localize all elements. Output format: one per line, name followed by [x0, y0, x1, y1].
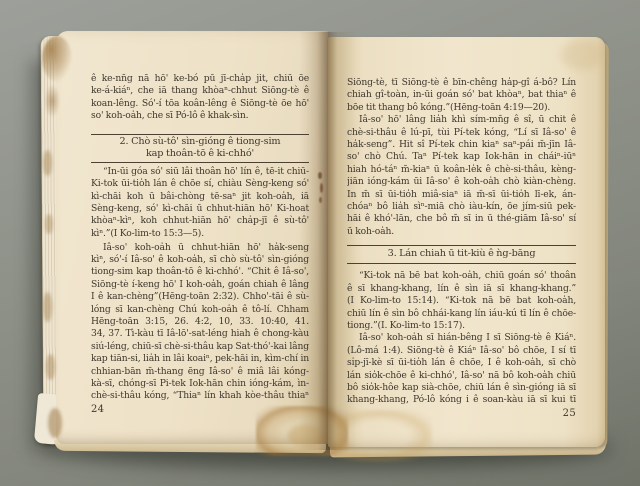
text-line: khang-khang, Pó-lô kóng i ê soan-kàu iā … [347, 394, 576, 406]
page-number-left: 24 [91, 404, 309, 416]
text-line: 2. Chò sù-tô' sìn-gióng ê tiong-sim [91, 136, 309, 148]
text-line: koan-lêng. Só'-í tōa koân-lêng ê Siōng-t… [91, 98, 309, 110]
text-line: lóng sī kan-chèng Chú koh-oa̍h ê tô-lí. … [91, 304, 309, 316]
text-line: chhian-bān m̄-thang ēng Iâ-so' ê miâ lâi… [91, 366, 309, 378]
text-line: (I Ko-lim-to 15:14). “Ki-tok nā bē bat k… [347, 295, 576, 307]
text-line: Sèng-keng, só' kì-chāi ū chhut-hiān hō' … [91, 203, 309, 215]
text-line: kap thoân-tō ê ki-chhó' [91, 148, 309, 160]
paragraph-continuation: ê ke-nn̄g nā hō' ke-bó pū jī-cha̍p jit, … [91, 73, 309, 123]
text-line: I ê kan-chèng”(Hēng-toān 2:32). Chho'-tā… [91, 291, 309, 303]
text-line: bōe tit thang bô kóng.”(Hēng-toān 4:19—2… [347, 102, 576, 114]
text-line: chè-si-thâu ê lú-pī, tùi Pí-tek kóng, “L… [347, 127, 576, 139]
text-line: In m̄ sī ūi-tio̍h miâ-siaⁿ iā m̄-sī ūi-t… [347, 189, 576, 201]
section-heading-2: 2. Chò sù-tô' sìn-gióng ê tiong-simkap t… [91, 134, 309, 164]
text-line: “In-ūi góa só' siū lâi thoân hō' lín ê, … [91, 166, 309, 178]
paragraph-continuation: Siōng-tè, tī Siōng-tè ê bīn-chêng ha̍p-g… [347, 77, 576, 114]
text-line: so' chò Chú. Taⁿ Pí-tek kap Iok-hān in c… [347, 151, 576, 163]
paragraph-body: Iâ-so' hō' lâng lia̍h khì sím-mn̄g ê sî,… [347, 114, 576, 238]
text-line: bô sio̍k-hôe kap sià-chōe, chiū lán ê sì… [347, 382, 576, 394]
left-page-text: ê ke-nn̄g nā hō' ke-bó pū jī-cha̍p jit, … [91, 73, 309, 416]
paragraph-quote: “In-ūi góa só' siū lâi thoân hō' lín ê, … [91, 166, 309, 240]
text-line: Iâ-so' koh-oa̍h ū chhut-hiān hō' ha̍k-se… [91, 242, 309, 254]
section-heading-3: 3. Lán chiah ū tit-kiù ê ǹg-bāng [347, 245, 576, 264]
text-line: chiah gî-toàn, in-ūi goán só' bat khòaⁿ,… [347, 89, 576, 101]
paragraph-quote: “Ki-tok nā bē bat koh-oa̍h, chiū goán só… [347, 270, 576, 332]
text-line: siú-léng, chiū-sī chè-si-thâu kap Sat-th… [91, 341, 309, 353]
book-photo: ê ke-nn̄g nā hō' ke-bó pū jī-cha̍p jit, … [0, 0, 640, 486]
text-line: ke-á-kiáⁿ, che iā thang khòaⁿ-chhut Siōn… [91, 85, 309, 97]
text-line: chiū lín ê sìn bô chhái-kang lín iáu-kú … [347, 308, 576, 320]
text-line: tiong-sim kap thoân-tō ê ki-chhó'. “Chit… [91, 266, 309, 278]
text-line: Iâ-so' koh-oa̍h sī hián-bêng I sī Siōng-… [347, 332, 576, 344]
text-line: 34, 37. Tì-kàu tī Iâ-lō'-sat-léng hiah ê… [91, 328, 309, 340]
paragraph-body: Iâ-so' koh-oa̍h ū chhut-hiān hō' ha̍k-se… [91, 242, 309, 403]
text-line: ū koh-oa̍h. [347, 226, 576, 238]
text-line: jiān ióng-kám ūi Iâ-so' ê koh-oa̍h chò k… [347, 176, 576, 188]
text-line: Siōng-tè, tī Siōng-tè ê bīn-chêng ha̍p-g… [347, 77, 576, 89]
text-line: chè-si-thâu kóng, “Thiaⁿ lín khah kòe-th… [91, 390, 309, 402]
text-line: ê sī khang-khang, lín ê sìn iā sī khang-… [347, 283, 576, 295]
text-line: hiah hó-táⁿ m̄-kiaⁿ ū koân-le̍k ê chè-si… [347, 164, 576, 176]
text-line: hāi ê khó'-lān, che bô m̄ sī in ū thé-gi… [347, 213, 576, 225]
text-line: kì-chāi koh ū bâi-chòng tē-saⁿ jit koh-o… [91, 191, 309, 203]
text-line: (Lô-má 1:4). Siōng-tè ê Kiáⁿ Iâ-so' bô c… [347, 345, 576, 357]
right-page-text: Siōng-tè, tī Siōng-tè ê bīn-chêng ha̍p-g… [347, 77, 576, 420]
text-line: lán sio̍k-chōe ê ki-chhó', Iâ-so' nā bô … [347, 370, 576, 382]
text-line: 3. Lán chiah ū tit-kiù ê ǹg-bāng [347, 248, 576, 260]
text-line: si̍p-jī-kè sī ūi-tio̍h lán ê chōe, I ê k… [347, 357, 576, 369]
text-line: Hēng-toān 3:15, 26. 4:2, 10, 33. 10:40, … [91, 316, 309, 328]
text-line: kap tiān-si, lia̍h in lâi koaiⁿ, pek-hāi… [91, 353, 309, 365]
text-line: ê ke-nn̄g nā hō' ke-bó pū jī-cha̍p jit, … [91, 73, 309, 85]
text-line: Siōng-tè í-keng hō' I koh-oa̍h, goán chi… [91, 279, 309, 291]
text-line: khòaⁿ-kìⁿ, koh chhut-hiān hō' cha̍p-jī ê… [91, 215, 309, 227]
text-line: Iâ-so' hō' lâng lia̍h khì sím-mn̄g ê sî,… [347, 114, 576, 126]
text-line: kà-sī, chóng-sī Pi-tek Iok-hān chin ióng… [91, 378, 309, 390]
text-line: chóaⁿ bô lia̍h sìⁿ-miā chò iàu-kín, ōe j… [347, 201, 576, 213]
text-line: tiong.”(I. Ko-lim-to 15:17). [347, 320, 576, 332]
text-line: kìⁿ, só'-í Iâ-so' ê koh-oa̍h, sī chò sù-… [91, 254, 309, 266]
paragraph-body: Iâ-so' koh-oa̍h sī hián-bêng I sī Siōng-… [347, 332, 576, 406]
text-line: “Ki-tok nā bē bat koh-oa̍h, chiū goán só… [347, 270, 576, 282]
text-line: so' koh-oa̍h, che sī Pó-lô ê khak-sìn. [91, 110, 309, 122]
page-number-right: 25 [347, 408, 576, 420]
text-line: kìⁿ.”(I Ko-lim-to 15:3—5). [91, 228, 309, 240]
text-line: Ki-tok ūi-tio̍h lán ê chōe sí, chiàu Sèn… [91, 178, 309, 190]
text-line: ha̍k-seng”. Hit sî Pí-tek chin kiaⁿ saⁿ-… [347, 139, 576, 151]
